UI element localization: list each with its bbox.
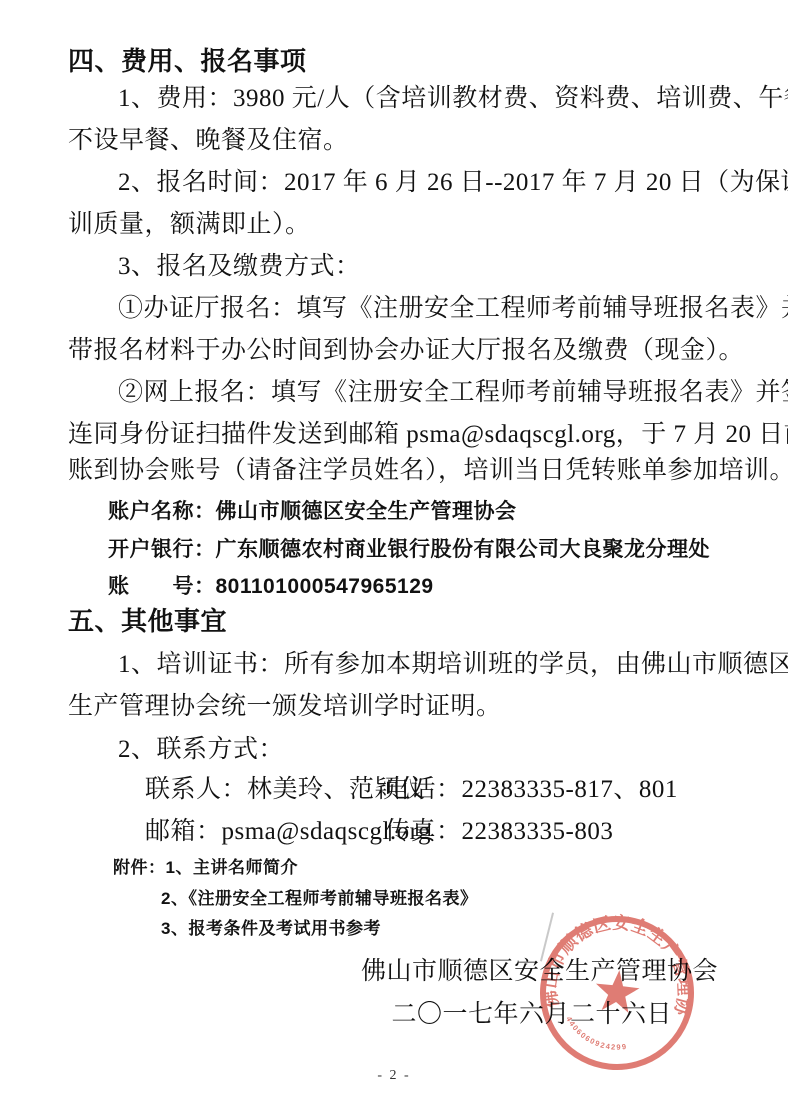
fee-paragraph-line2: 不设早餐、晚餐及住宿。 (68, 126, 349, 156)
bank-name: 开户银行：广东顺德农村商业银行股份有限公司大良聚龙分理处 (108, 537, 710, 563)
svg-text:佛山市顺德区安全生产管理协会: 佛山市顺德区安全生产管理协会 (534, 910, 700, 1025)
seal-graphic: 佛山市顺德区安全生产管理协会 4406060924299 (534, 910, 700, 1076)
signup-time-line2: 训质量，额满即止）。 (68, 210, 311, 240)
online-signup-line3: 账到协会账号（请备注学员姓名），培训当日凭转账单参加培训。 (68, 456, 788, 486)
svg-text:4406060924299: 4406060924299 (561, 1014, 631, 1053)
certificate-line1: 1、培训证书：所有参加本期培训班的学员，由佛山市顺德区安全 (118, 650, 788, 680)
contact-fax: 传真：22383335-803 (385, 818, 613, 845)
seal-star-icon (593, 968, 641, 1014)
seal-arc-text: 佛山市顺德区安全生产管理协会 (534, 910, 700, 1025)
contact-row-2: 邮箱：psma@sdaqscgl.org传真：22383335-803 (145, 817, 613, 847)
official-seal-stamp: 佛山市顺德区安全生产管理协会 4406060924299 (534, 910, 700, 1076)
online-signup-line1: ②网上报名：填写《注册安全工程师考前辅导班报名表》并签名， (118, 378, 788, 408)
contact-email: 邮箱：psma@sdaqscgl.org (145, 817, 385, 847)
account-number: 账 号：801101000547965129 (108, 574, 434, 600)
page-number: - 2 - (0, 1068, 788, 1084)
section4-heading: 四、费用、报名事项 (68, 46, 307, 76)
onsite-signup-line2: 带报名材料于办公时间到协会办证大厅报名及缴费（现金）。 (68, 336, 744, 366)
seal-serial-number: 4406060924299 (561, 1014, 631, 1053)
signup-time-line1: 2、报名时间：2017 年 6 月 26 日--2017 年 7 月 20 日（… (118, 168, 788, 198)
document-page: 四、费用、报名事项 1、费用：3980 元/人（含培训教材费、资料费、培训费、午… (0, 0, 788, 1118)
online-signup-line2: 连同身份证扫描件发送到邮箱 psma@sdaqscgl.org，于 7 月 20… (68, 420, 788, 450)
onsite-signup-line1: ①办证厅报名：填写《注册安全工程师考前辅导班报名表》并携 (118, 294, 788, 324)
attachment-line-1: 附件：1、主讲名师简介 (113, 857, 298, 879)
fee-paragraph-line1: 1、费用：3980 元/人（含培训教材费、资料费、培训费、午餐费）， (118, 84, 788, 114)
contact-row-1: 联系人：林美玲、范颖仪电话：22383335-817、801 (145, 775, 678, 805)
certificate-line2: 生产管理协会统一颁发培训学时证明。 (68, 692, 502, 722)
section5-heading: 五、其他事宜 (68, 606, 227, 636)
contact-heading: 2、联系方式： (118, 735, 284, 765)
payment-method-heading: 3、报名及缴费方式： (118, 252, 361, 282)
attachment-line-2: 2、《注册安全工程师考前辅导班报名表》 (161, 888, 477, 910)
contact-person: 联系人：林美玲、范颖仪 (145, 775, 385, 805)
account-name: 账户名称：佛山市顺德区安全生产管理协会 (108, 499, 517, 525)
attachment-line-3: 3、报考条件及考试用书参考 (161, 918, 381, 940)
contact-phone: 电话：22383335-817、801 (385, 776, 678, 803)
